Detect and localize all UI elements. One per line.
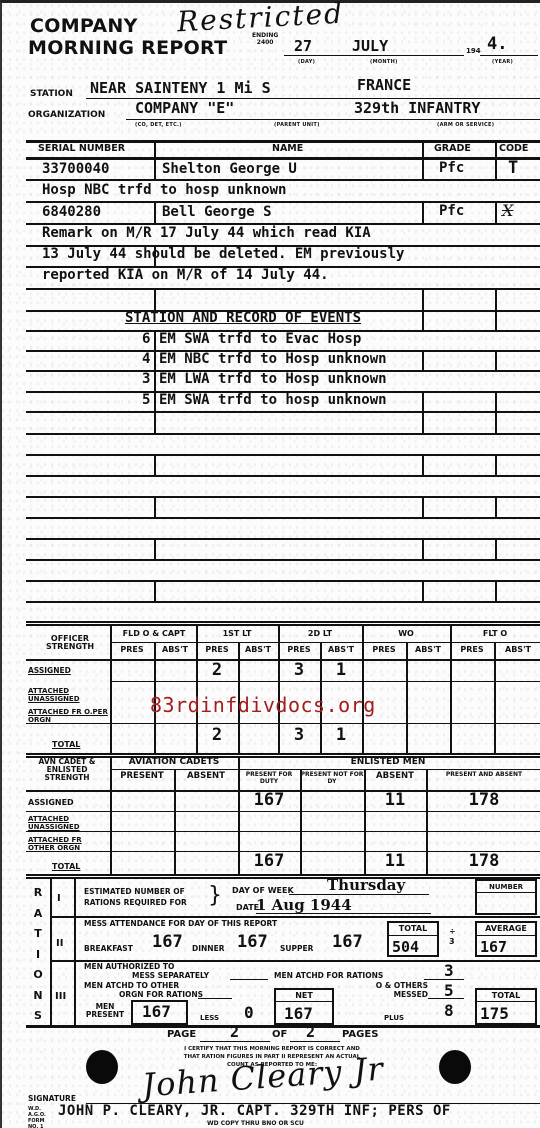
section-border [26, 874, 540, 876]
others-messed-underline [428, 998, 464, 999]
auth-separate-label-1: MEN AUTHORIZED TO [84, 963, 174, 971]
others-messed-label-1: O & OTHERS [348, 982, 428, 990]
brace-icon: } [208, 883, 222, 909]
section-border [26, 1025, 540, 1028]
organization-value: COMPANY "E" [135, 99, 234, 117]
section-i-numeral: I [57, 893, 61, 904]
atchd-rations-value: 3 [444, 961, 454, 980]
officer-cell-assigned: 1 [320, 660, 362, 680]
of-value: 2 [306, 1023, 315, 1041]
breakfast-label: BREAKFAST [84, 945, 133, 953]
rations-side-letter: A [30, 904, 46, 925]
net-label: NET [274, 992, 334, 1000]
col-divider [495, 580, 497, 601]
officer-cell-total: 1 [320, 725, 362, 745]
mess-total-value: 504 [392, 938, 419, 956]
col-header-name: NAME [272, 143, 303, 154]
col-header-serial: SERIAL NUMBER [38, 143, 125, 154]
enlisted-men-label: ENLISTED MEN [238, 758, 538, 766]
col-divider [154, 454, 156, 475]
enlisted-cell-total: 167 [238, 851, 300, 871]
rations-side-letter: T [30, 924, 46, 945]
event-text: EM SWA trfd to Evac Hosp [159, 331, 361, 347]
row-border [26, 831, 540, 832]
row-border [26, 411, 540, 413]
col-divider [422, 411, 424, 433]
report-month: JULY [352, 37, 388, 55]
mess-total-label: TOTAL [387, 925, 439, 933]
sub-col-abst: ABS'T [494, 646, 540, 654]
arm-caption: (ARM OR SERVICE) [437, 122, 494, 128]
page-value: 2 [230, 1023, 239, 1041]
col-divider [422, 310, 424, 330]
col-divider [495, 288, 497, 310]
men-present-value: 167 [142, 1002, 171, 1021]
month-caption: (MONTH) [370, 59, 398, 65]
section-i-label-line1: ESTIMATED NUMBER OF [84, 888, 185, 896]
row-label-attached-unassigned: ATTACHED UNASSIGNED [28, 687, 108, 703]
col-divider [495, 538, 497, 559]
col-header-grade: GRADE [434, 143, 471, 154]
parent-unit-value: 329th INFANTRY [354, 99, 480, 117]
rations-total-value: 175 [480, 1004, 509, 1023]
event-count: 5 [142, 392, 150, 408]
row-label-assigned: ASSIGNED [28, 667, 71, 675]
net-divider [274, 1001, 334, 1002]
soldier-name: Shelton George U [162, 161, 297, 177]
officer-group-fld-o-capt: FLD O & CAPT [112, 630, 196, 638]
soldier-grade: Pfc [439, 160, 464, 176]
mess-total-divider [387, 935, 439, 936]
serial-number: 33700040 [42, 161, 109, 177]
row-border [26, 538, 540, 540]
col-divider [154, 496, 156, 517]
col-divider [154, 288, 156, 310]
event-text: EM SWA trfd to hosp unknown [159, 392, 387, 408]
enlisted-col-header: ABSENT [174, 773, 238, 780]
station-country: FRANCE [357, 76, 411, 94]
of-label: OF [272, 1029, 287, 1040]
section-ii-numeral: II [56, 938, 63, 949]
atchd-rations-label: MEN ATCHD FOR RATIONS [274, 972, 383, 980]
col-header-code: CODE [499, 143, 528, 154]
row-border [26, 496, 540, 498]
sub-col-pres: PRES [110, 646, 154, 654]
col-divider [495, 496, 497, 517]
col-divider [174, 769, 176, 874]
dinner-value: 167 [237, 932, 268, 952]
enlisted-col-header: PRESENT NOT FOR DY [300, 771, 364, 785]
col-divider [495, 411, 497, 433]
event-text: EM LWA trfd to Hosp unknown [159, 371, 387, 387]
section-ii-label: MESS ATTENDANCE FOR DAY OF THIS REPORT [84, 920, 277, 928]
organization-underline [126, 119, 540, 120]
col-divider [495, 310, 497, 330]
row-label-attached-unassigned: ATTACHED UNASSIGNED [28, 815, 108, 831]
organization-label: ORGANIZATION [28, 110, 105, 120]
col-divider [422, 288, 424, 310]
rations-side-letter: O [30, 965, 46, 986]
duty-code: T [508, 158, 518, 178]
remark-text: 13 July 44 should be deleted. EM previou… [42, 246, 404, 262]
rations-divider [50, 877, 52, 1025]
row-label-total: TOTAL [52, 741, 80, 749]
sub-col-abst: ABS'T [320, 646, 362, 654]
sub-col-abst: ABS'T [406, 646, 450, 654]
rations-divider [74, 877, 76, 1025]
col-divider [495, 140, 497, 179]
col-divider [154, 330, 156, 411]
form-title-line2: MORNING REPORT [28, 38, 227, 59]
officer-group-flt-o: FLT O [450, 630, 540, 638]
col-divider [422, 538, 424, 559]
net-value: 167 [284, 1004, 313, 1023]
section-border [26, 624, 540, 626]
watermark-text: 83rdinfdivdocs.org [150, 693, 376, 717]
row-border [26, 517, 540, 519]
sub-col-abst: ABS'T [154, 646, 196, 654]
enlisted-cell-total: 11 [364, 851, 426, 871]
col-divider [422, 391, 424, 411]
year-prefix: 194 [466, 47, 481, 55]
supper-value: 167 [332, 932, 363, 952]
report-day: 27 [294, 37, 312, 55]
of-underline [290, 1041, 340, 1042]
col-divider [495, 454, 497, 475]
number-box-label: NUMBER [475, 883, 537, 891]
day-of-week-value: Thursday [327, 876, 405, 894]
date-underline [256, 913, 431, 914]
atchd-other-label-2: ORGN FOR RATIONS [119, 991, 203, 999]
dinner-label: DINNER [192, 945, 224, 953]
col-divider [154, 140, 156, 179]
page-underline [200, 1041, 270, 1042]
event-text: EM NBC trfd to Hosp unknown [159, 351, 387, 367]
binder-hole-left [86, 1050, 118, 1084]
auth-separate-underline [230, 979, 268, 980]
event-count: 3 [142, 371, 150, 387]
subheader-border [110, 642, 540, 643]
station-label: STATION [30, 89, 73, 99]
atchd-other-underline [198, 998, 232, 999]
row-border [26, 580, 540, 582]
breakfast-value: 167 [152, 932, 183, 952]
less-value: 0 [244, 1003, 254, 1022]
form-number: W.D. A.G.O. FORM NO. 1 [28, 1106, 54, 1128]
typed-signature-block: JOHN P. CLEARY, JR. CAPT. 329TH INF; PER… [58, 1103, 451, 1119]
morning-report-page: COMPANY MORNING REPORT Restricted ENDING… [0, 0, 540, 1128]
section-i-label-line2: RATIONS REQUIRED FOR [84, 899, 187, 907]
enlisted-cell-assigned: 167 [238, 790, 300, 810]
officer-strength-title: OFFICER STRENGTH [40, 635, 100, 651]
men-present-label: MEN PRESENT [80, 1003, 130, 1019]
mess-average-value: 167 [480, 938, 507, 956]
col-divider [154, 411, 156, 433]
org-caption: (CO, DET, ETC.) [135, 122, 182, 128]
event-count: 6 [142, 331, 150, 347]
col-divider [422, 496, 424, 517]
row-label-assigned: ASSIGNED [28, 799, 74, 807]
rations-side-letter: N [30, 986, 46, 1007]
date-value: 1 Aug 1944 [256, 896, 352, 914]
enlisted-col-header: PRESENT AND ABSENT [426, 771, 540, 778]
row-border [26, 433, 540, 435]
soldier-grade: Pfc [439, 203, 464, 219]
auth-separate-label-2: MESS SEPARATELY [132, 972, 209, 980]
ending-label: ENDING 2400 [252, 32, 278, 46]
sub-col-pres: PRES [278, 646, 320, 654]
plus-label: PLUS [384, 1014, 404, 1022]
day-of-week-label: DAY OF WEEK [232, 887, 294, 895]
row-border [26, 811, 540, 812]
supper-label: SUPPER [280, 945, 313, 953]
day-caption: (DAY) [298, 59, 315, 65]
sub-col-abst: ABS'T [238, 646, 278, 654]
col-divider [422, 350, 424, 370]
row-border [26, 454, 540, 456]
year-caption: (YEAR) [492, 59, 513, 65]
binder-hole-right [439, 1050, 471, 1084]
date-underline [284, 55, 464, 56]
number-box-divider [475, 892, 537, 893]
parent-caption: (PARENT UNIT) [274, 122, 320, 128]
sub-col-pres: PRES [450, 646, 494, 654]
section-iii-numeral: III [55, 991, 66, 1002]
col-divider [362, 624, 364, 753]
station-value: NEAR SAINTENY 1 Mi S [90, 79, 271, 97]
rations-total-label: TOTAL [475, 992, 537, 1000]
rations-total-divider [475, 1001, 537, 1002]
section-border [26, 877, 540, 879]
section-border [26, 753, 540, 755]
enlisted-col-header: ABSENT [364, 773, 426, 780]
officer-cell-assigned: 3 [278, 660, 320, 680]
enlisted-cell-assigned: 178 [426, 790, 540, 810]
officer-cell-total: 3 [278, 725, 320, 745]
others-messed-label-2: MESSED [348, 991, 428, 999]
remark-text: Hosp NBC trfd to hosp unknown [42, 182, 286, 198]
officer-cell-total: 2 [196, 725, 238, 745]
row-border [26, 179, 540, 181]
officer-group-1st-lt: 1ST LT [196, 630, 278, 638]
event-count: 4 [142, 351, 150, 367]
row-label-attached-other: ATTACHED FR O.PER ORGN [28, 708, 108, 724]
rations-side-label: RATIONS [30, 883, 46, 1027]
atchd-other-label-1: MEN ATCHD TO OTHER [84, 982, 179, 990]
col-divider [495, 201, 497, 223]
col-divider [495, 391, 497, 411]
enlisted-strength-title: AVN CADET & ENLISTED STRENGTH [30, 758, 104, 782]
enlisted-col-header: PRESENT FOR DUTY [238, 771, 300, 785]
officer-group-wo: WO [362, 630, 450, 638]
serial-number: 6840280 [42, 204, 101, 220]
enlisted-cell-total: 178 [426, 851, 540, 871]
pages-label: PAGES [342, 1029, 378, 1040]
duty-code: X [502, 201, 513, 220]
row-border [26, 601, 540, 603]
form-caption: WD COPY THRU BNO OR SCU [207, 1120, 304, 1128]
aviation-cadets-label: AVIATION CADETS [112, 758, 236, 766]
page-label: PAGE [167, 1029, 196, 1040]
officer-group-2d-lt: 2D LT [278, 630, 362, 638]
rations-side-letter: R [30, 883, 46, 904]
mess-average-label: AVERAGE [475, 925, 537, 933]
rations-side-letter: S [30, 1006, 46, 1027]
col-divider [422, 140, 424, 179]
sub-col-pres: PRES [196, 646, 238, 654]
col-divider [110, 624, 112, 753]
col-divider [422, 580, 424, 601]
record-of-events-heading: STATION AND RECORD OF EVENTS [125, 310, 361, 326]
row-border [26, 559, 540, 561]
sub-col-pres: PRES [362, 646, 406, 654]
row-label-total: TOTAL [52, 863, 80, 871]
officer-cell-assigned: 2 [196, 660, 238, 680]
divide-by-three-symbol: ÷ 3 [449, 927, 457, 947]
signature-label: SIGNATURE [28, 1095, 76, 1103]
report-year: 4. [487, 34, 507, 54]
less-label: LESS [200, 1014, 219, 1022]
soldier-name: Bell George S [162, 204, 272, 220]
remark-text: Remark on M/R 17 July 44 which read KIA [42, 225, 371, 241]
enlisted-cell-assigned: 11 [364, 790, 426, 810]
row-border [26, 475, 540, 477]
day-of-week-underline [289, 894, 429, 895]
row-border [110, 681, 540, 682]
form-title-line1: COMPANY [30, 16, 138, 37]
col-divider [154, 538, 156, 559]
col-divider [422, 454, 424, 475]
row-border [26, 288, 540, 290]
atchd-rations-underline [424, 979, 464, 980]
rations-row-border [50, 916, 540, 918]
year-underline [480, 55, 538, 56]
col-divider [422, 201, 424, 223]
enlisted-col-header: PRESENT [110, 773, 174, 780]
col-divider [450, 624, 452, 753]
col-divider [154, 245, 156, 266]
plus-value: 8 [444, 1001, 454, 1020]
col-divider [495, 350, 497, 370]
col-divider [154, 201, 156, 223]
remark-text: reported KIA on M/R of 14 July 44. [42, 267, 329, 283]
row-border [26, 621, 540, 623]
mess-average-divider [475, 935, 537, 936]
col-divider [154, 580, 156, 601]
row-label-attached-other: ATTACHED FR OTHER ORGN [28, 836, 108, 852]
rations-side-letter: I [30, 945, 46, 966]
